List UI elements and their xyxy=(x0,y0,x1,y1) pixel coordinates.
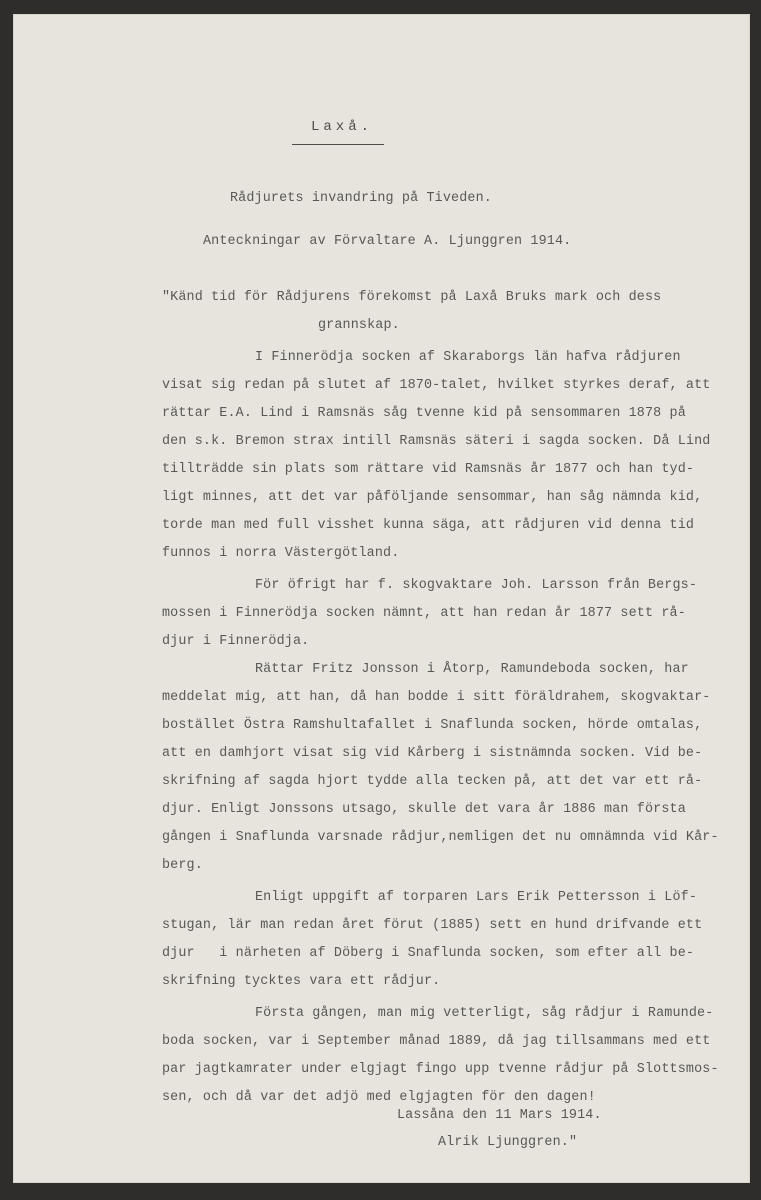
text-line: "Känd tid för Rådjurens förekomst på Lax… xyxy=(162,290,661,306)
text-line: För öfrigt har f. skogvaktare Joh. Larss… xyxy=(255,578,697,594)
document-title: Laxå. xyxy=(311,119,373,135)
document-attribution: Anteckningar av Förvaltare A. Ljunggren … xyxy=(203,234,571,250)
text-line: sen, och då var det adjö med elgjagten f… xyxy=(162,1090,596,1106)
text-line: rättar E.A. Lind i Ramsnäs såg tvenne ki… xyxy=(162,406,686,422)
text-line: stugan, lär man redan året förut (1885) … xyxy=(162,918,702,934)
text-line: bostället Östra Ramshultafallet i Snaflu… xyxy=(162,718,702,734)
text-line: boda socken, var i September månad 1889,… xyxy=(162,1034,710,1050)
signature-name: Alrik Ljunggren." xyxy=(438,1135,577,1151)
text-line: berg. xyxy=(162,858,203,874)
text-line: Enligt uppgift af torparen Lars Erik Pet… xyxy=(255,890,697,906)
text-line: djur. Enligt Jonssons utsago, skulle det… xyxy=(162,802,686,818)
text-line: skrifning af sagda hjort tydde alla teck… xyxy=(162,774,702,790)
text-line: att en damhjort visat sig vid Kårberg i … xyxy=(162,746,702,762)
text-line: gången i Snaflunda varsnade rådjur,nemli… xyxy=(162,830,719,846)
text-line: djur i närheten af Döberg i Snaflunda so… xyxy=(162,946,694,962)
text-line: Första gången, man mig vetterligt, såg r… xyxy=(255,1006,713,1022)
text-line: torde man med full visshet kunna säga, a… xyxy=(162,518,694,534)
text-line: den s.k. Bremon strax intill Ramsnäs sät… xyxy=(162,434,710,450)
text-line: skrifning tycktes vara ett rådjur. xyxy=(162,974,440,990)
document-subtitle: Rådjurets invandring på Tiveden. xyxy=(230,191,492,207)
title-underline xyxy=(292,144,384,145)
text-line: visat sig redan på slutet af 1870-talet,… xyxy=(162,378,710,394)
text-line: Rättar Fritz Jonsson i Åtorp, Ramundebod… xyxy=(255,662,689,678)
text-line: meddelat mig, att han, då han bodde i si… xyxy=(162,690,710,706)
text-line: grannskap. xyxy=(318,318,400,334)
text-line: mossen i Finnerödja socken nämnt, att ha… xyxy=(162,606,686,622)
text-line: djur i Finnerödja. xyxy=(162,634,309,650)
text-line: tillträdde sin plats som rättare vid Ram… xyxy=(162,462,694,478)
text-line: funnos i norra Västergötland. xyxy=(162,546,399,562)
signature-date: Lassåna den 11 Mars 1914. xyxy=(397,1108,602,1124)
text-line: I Finnerödja socken af Skaraborgs län ha… xyxy=(255,350,681,366)
text-line: par jagtkamrater under elgjagt fingo upp… xyxy=(162,1062,719,1078)
text-line: ligt minnes, att det var påföljande sens… xyxy=(162,490,702,506)
